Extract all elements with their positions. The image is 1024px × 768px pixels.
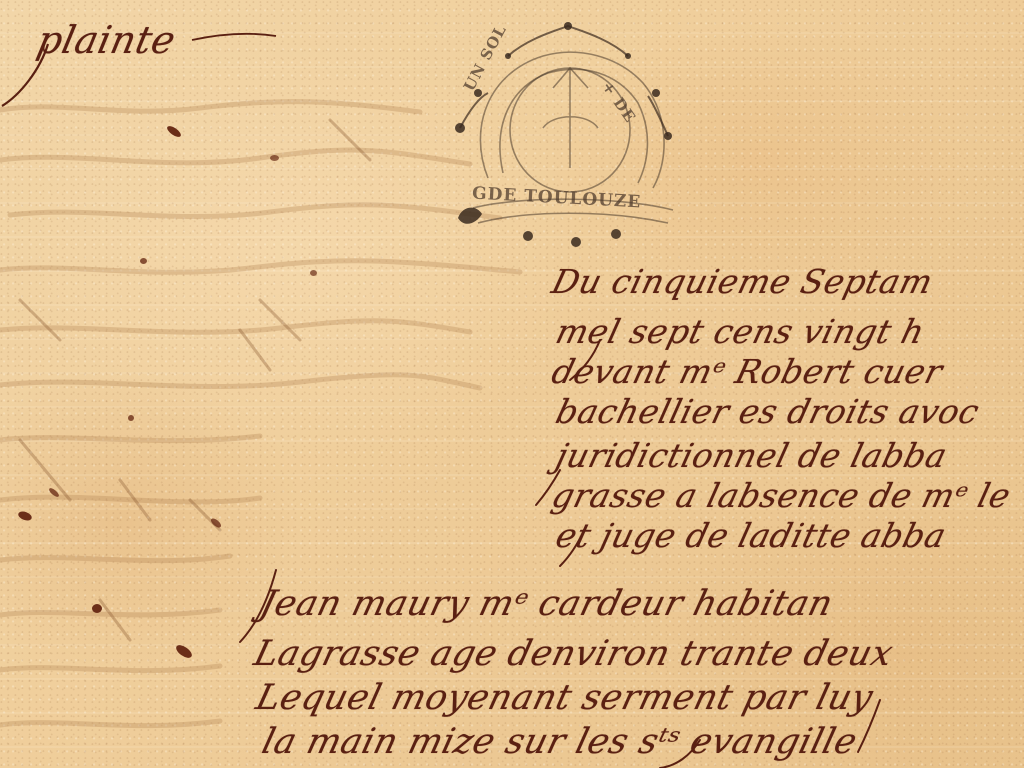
body-line-1: Jean maury mᵉ cardeur habitan <box>256 584 837 624</box>
tax-stamp-seal: UN SOL + DE GDE TOULOUZE <box>448 18 688 254</box>
header-line-5: juridictionnel de labba <box>552 436 951 475</box>
header-line-3: devant mᵉ Robert cuer <box>548 352 947 391</box>
ink-stain <box>209 517 222 529</box>
body-line-2: Lagrasse age denviron trante deux <box>250 634 897 674</box>
header-line-4: bachellier es droits avoc <box>552 392 983 431</box>
ink-stain <box>48 487 60 499</box>
header-line-7: et juge de laditte abba <box>552 516 950 555</box>
margin-note-flourish <box>0 40 60 110</box>
body-line-3: Lequel moyenant serment par luy <box>252 678 877 718</box>
body-line-4: la main mize sur les sᵗˢ evangille <box>258 722 861 762</box>
margin-note-underline <box>190 28 280 48</box>
ink-stain <box>140 258 147 264</box>
ink-stain <box>17 510 33 522</box>
manuscript-page: plainte <box>0 0 1024 768</box>
ink-stain <box>92 604 102 613</box>
ink-stain <box>128 415 134 421</box>
header-line-1: Du cinquieme Septam <box>548 262 937 301</box>
ink-stain <box>174 643 194 661</box>
header-line-6: grasse a labsence de mᵉ le <box>548 476 1015 515</box>
header-line-2: mel sept cens vingt h <box>552 312 929 351</box>
ink-stain <box>165 124 182 139</box>
ink-stain <box>310 270 317 276</box>
ink-stain <box>270 155 279 161</box>
